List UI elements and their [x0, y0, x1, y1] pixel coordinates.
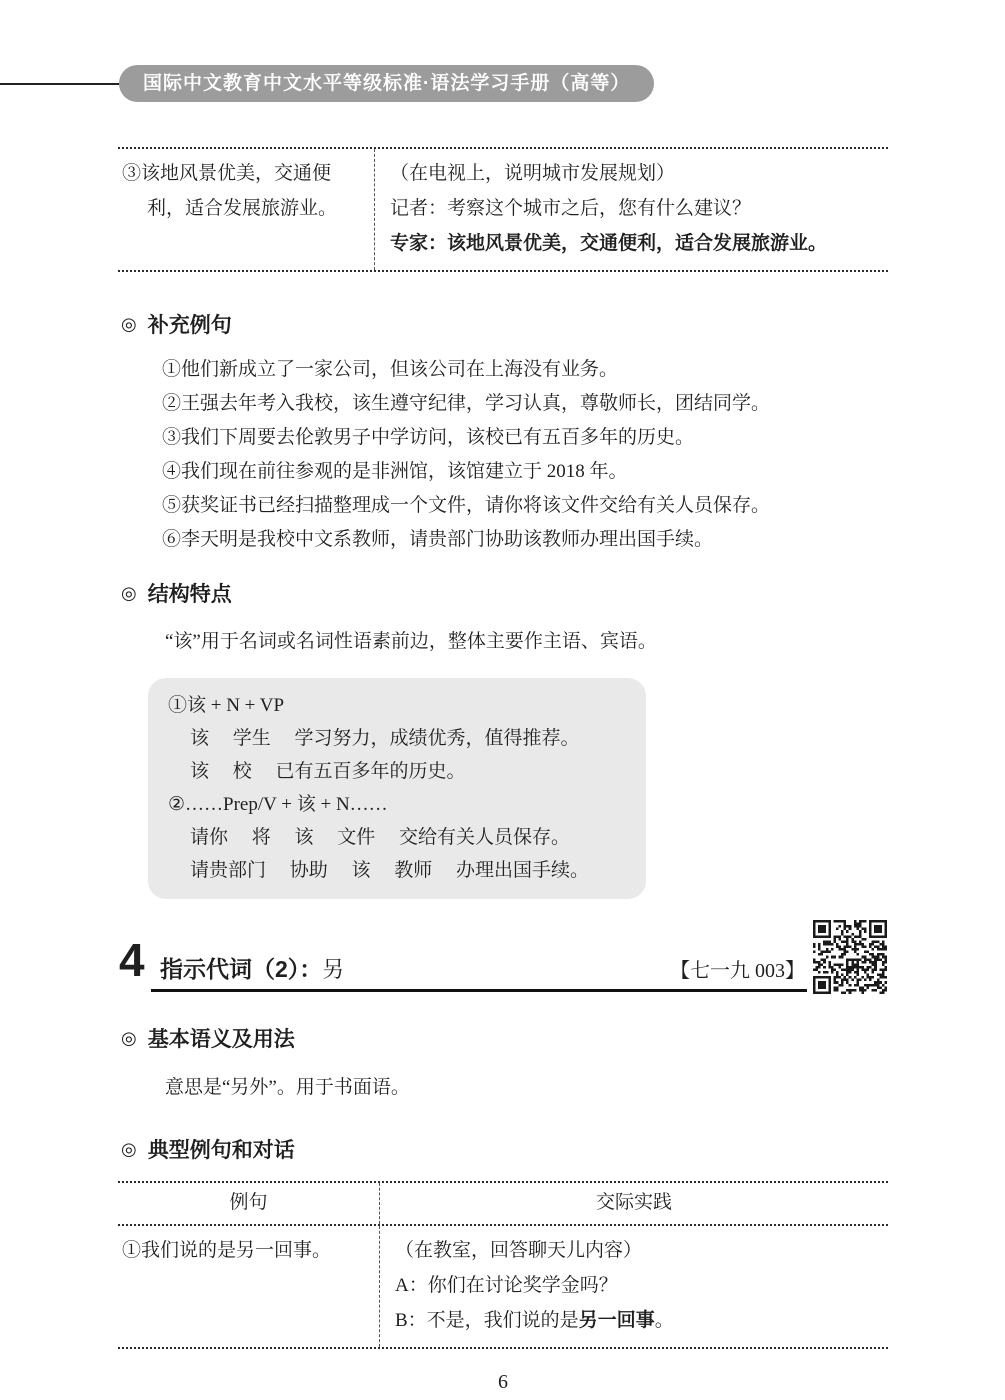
- section-title-bold: 指示代词（2）：: [160, 956, 322, 982]
- table-header-row: 例句 交际实践: [118, 1183, 888, 1226]
- section-title-word: 另: [322, 957, 344, 982]
- section-4-heading: 4 指示代词（2）：另 【七一九 003】: [118, 941, 888, 992]
- section-number: 4: [119, 937, 145, 983]
- list-item: ⑥李天明是我校中文系教师，请贵部门协助该教师办理出国手续。: [162, 523, 888, 557]
- pattern-example: 该 校 已有五百多年的历史。: [168, 755, 626, 788]
- heading-label: 结构特点: [148, 578, 232, 608]
- example-dialog-table: 例句 交际实践 ①我们说的是另一回事。 （在教室，回答聊天儿内容） A：你们在讨…: [118, 1181, 888, 1349]
- dialog-line-a: A：你们在讨论奖学金吗？: [395, 1268, 884, 1303]
- list-item: ④我们现在前往参观的是非洲馆，该馆建立于 2018 年。: [162, 455, 888, 489]
- practice-context: （在教室，回答聊天儿内容）: [395, 1233, 884, 1268]
- column-header-practice: 交际实践: [379, 1183, 888, 1224]
- semantics-text: 意思是“另外”。用于书面语。: [165, 1072, 888, 1099]
- heading-structure-features: ◎ 结构特点: [118, 578, 888, 608]
- example-table-continued: ③该地风景优美，交通便 利，适合发展旅游业。 （在电视上，说明城市发展规划） 记…: [118, 147, 888, 272]
- pattern-example: 请你 将 该 文件 交给有关人员保存。: [168, 821, 626, 854]
- example-sentence-cont: 利，适合发展旅游业。: [122, 191, 370, 226]
- example-cell: ③该地风景优美，交通便 利，适合发展旅游业。: [118, 149, 374, 270]
- dialog-b-prefix: B：不是，我们说的是: [395, 1310, 579, 1331]
- column-header-example: 例句: [118, 1183, 379, 1224]
- practice-context: （在电视上，说明城市发展规划）: [390, 156, 884, 191]
- list-item: ①他们新成立了一家公司，但该公司在上海没有业务。: [162, 353, 888, 387]
- page-number: 6: [118, 1371, 888, 1394]
- heading-label: 基本语义及用法: [148, 1023, 295, 1053]
- dialog-b-emphasis: 另一回事: [579, 1310, 655, 1331]
- qr-code-icon: [813, 920, 887, 994]
- heading-label: 典型例句和对话: [148, 1134, 295, 1164]
- page-content: ③该地风景优美，交通便 利，适合发展旅游业。 （在电视上，说明城市发展规划） 记…: [0, 147, 1005, 1394]
- pattern-line: ①该 + N + VP: [168, 689, 626, 722]
- example-sentence: ③该地风景优美，交通便: [122, 156, 370, 191]
- bullseye-icon: ◎: [121, 314, 137, 335]
- example-cell: ①我们说的是另一回事。: [118, 1226, 379, 1347]
- pattern-box: ①该 + N + VP 该 学生 学习努力，成绩优秀，值得推荐。 该 校 已有五…: [148, 678, 646, 899]
- practice-cell: （在电视上，说明城市发展规划） 记者：考察这个城市之后，您有什么建议？ 专家：该…: [374, 149, 888, 270]
- book-page: 国际中文教育中文水平等级标准·语法学习手册（高等） ③该地风景优美，交通便 利，…: [0, 0, 1005, 1400]
- pattern-line: ②……Prep/V + 该 + N……: [168, 788, 626, 821]
- bullseye-icon: ◎: [121, 583, 137, 604]
- structure-intro: “该”用于名词或名词性语素前边，整体主要作主语、宾语。: [165, 626, 888, 653]
- section-code: 【七一九 003】: [670, 961, 805, 981]
- dialog-line-expert: 专家：该地风景优美，交通便利，适合发展旅游业。: [390, 226, 884, 261]
- heading-label: 补充例句: [148, 309, 232, 339]
- dialog-b-suffix: 。: [655, 1310, 674, 1331]
- header-rule: [0, 83, 124, 85]
- pattern-example: 请贵部门 协助 该 教师 办理出国手续。: [168, 854, 626, 887]
- section-title: 指示代词（2）：另: [160, 958, 344, 981]
- practice-cell: （在教室，回答聊天儿内容） A：你们在讨论奖学金吗？ B：不是，我们说的是另一回…: [379, 1226, 888, 1347]
- section-title-rule: 指示代词（2）：另 【七一九 003】: [151, 941, 807, 992]
- supplementary-list: ①他们新成立了一家公司，但该公司在上海没有业务。 ②王强去年考入我校，该生遵守纪…: [162, 353, 888, 557]
- table-row: ③该地风景优美，交通便 利，适合发展旅游业。 （在电视上，说明城市发展规划） 记…: [118, 149, 888, 270]
- list-item: ②王强去年考入我校，该生遵守纪律，学习认真，尊敬师长，团结同学。: [162, 387, 888, 421]
- bullseye-icon: ◎: [121, 1139, 137, 1160]
- running-head-badge: 国际中文教育中文水平等级标准·语法学习手册（高等）: [119, 65, 654, 102]
- heading-supplementary-examples: ◎ 补充例句: [118, 309, 888, 339]
- dialog-line-reporter: 记者：考察这个城市之后，您有什么建议？: [390, 191, 884, 226]
- list-item: ⑤获奖证书已经扫描整理成一个文件，请你将该文件交给有关人员保存。: [162, 489, 888, 523]
- pattern-example: 该 学生 学习努力，成绩优秀，值得推荐。: [168, 722, 626, 755]
- heading-basic-semantics: ◎ 基本语义及用法: [118, 1023, 888, 1053]
- heading-typical-examples: ◎ 典型例句和对话: [118, 1134, 888, 1164]
- list-item: ③我们下周要去伦敦男子中学访问，该校已有五百多年的历史。: [162, 421, 888, 455]
- table-row: ①我们说的是另一回事。 （在教室，回答聊天儿内容） A：你们在讨论奖学金吗？ B…: [118, 1226, 888, 1347]
- dialog-line-b: B：不是，我们说的是另一回事。: [395, 1303, 884, 1338]
- bullseye-icon: ◎: [121, 1028, 137, 1049]
